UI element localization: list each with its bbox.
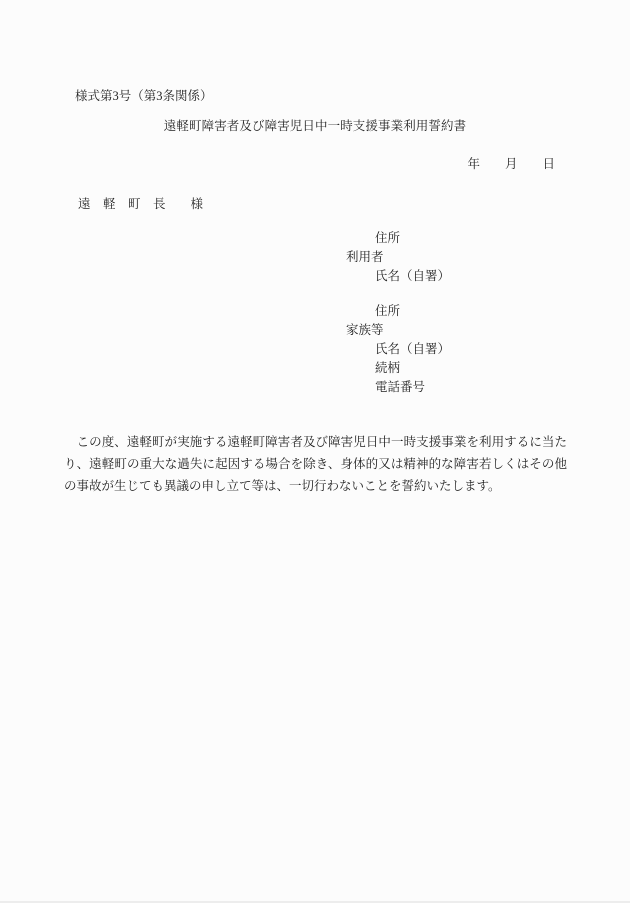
family-address-label: 住所 bbox=[375, 302, 450, 321]
family-relation-label: 続柄 bbox=[375, 359, 450, 378]
user-section-label: 利用者 bbox=[346, 248, 450, 267]
form-number: 様式第3号（第3条関係） bbox=[75, 86, 213, 104]
user-section: 住所 利用者 氏名（自署） bbox=[346, 229, 450, 286]
user-name-label: 氏名（自署） bbox=[375, 267, 450, 286]
date-line: 年 月 日 bbox=[467, 154, 555, 172]
user-address-label: 住所 bbox=[375, 229, 450, 248]
family-phone-label: 電話番号 bbox=[375, 378, 450, 397]
family-name-label: 氏名（自署） bbox=[375, 340, 450, 359]
family-section: 住所 家族等 氏名（自署） 続柄 電話番号 bbox=[346, 302, 450, 397]
family-section-label: 家族等 bbox=[346, 321, 450, 340]
addressee-mayor-line: 遠 軽 町 長 様 bbox=[78, 194, 203, 212]
document-page: 様式第3号（第3条関係） 遠軽町障害者及び障害児日中一時支援事業利用誓約書 年 … bbox=[0, 0, 630, 903]
pledge-body-paragraph: この度、遠軽町が実施する遠軽町障害者及び障害児日中一時支援事業を利用するに当たり… bbox=[64, 431, 567, 497]
document-title: 遠軽町障害者及び障害児日中一時支援事業利用誓約書 bbox=[0, 116, 630, 134]
